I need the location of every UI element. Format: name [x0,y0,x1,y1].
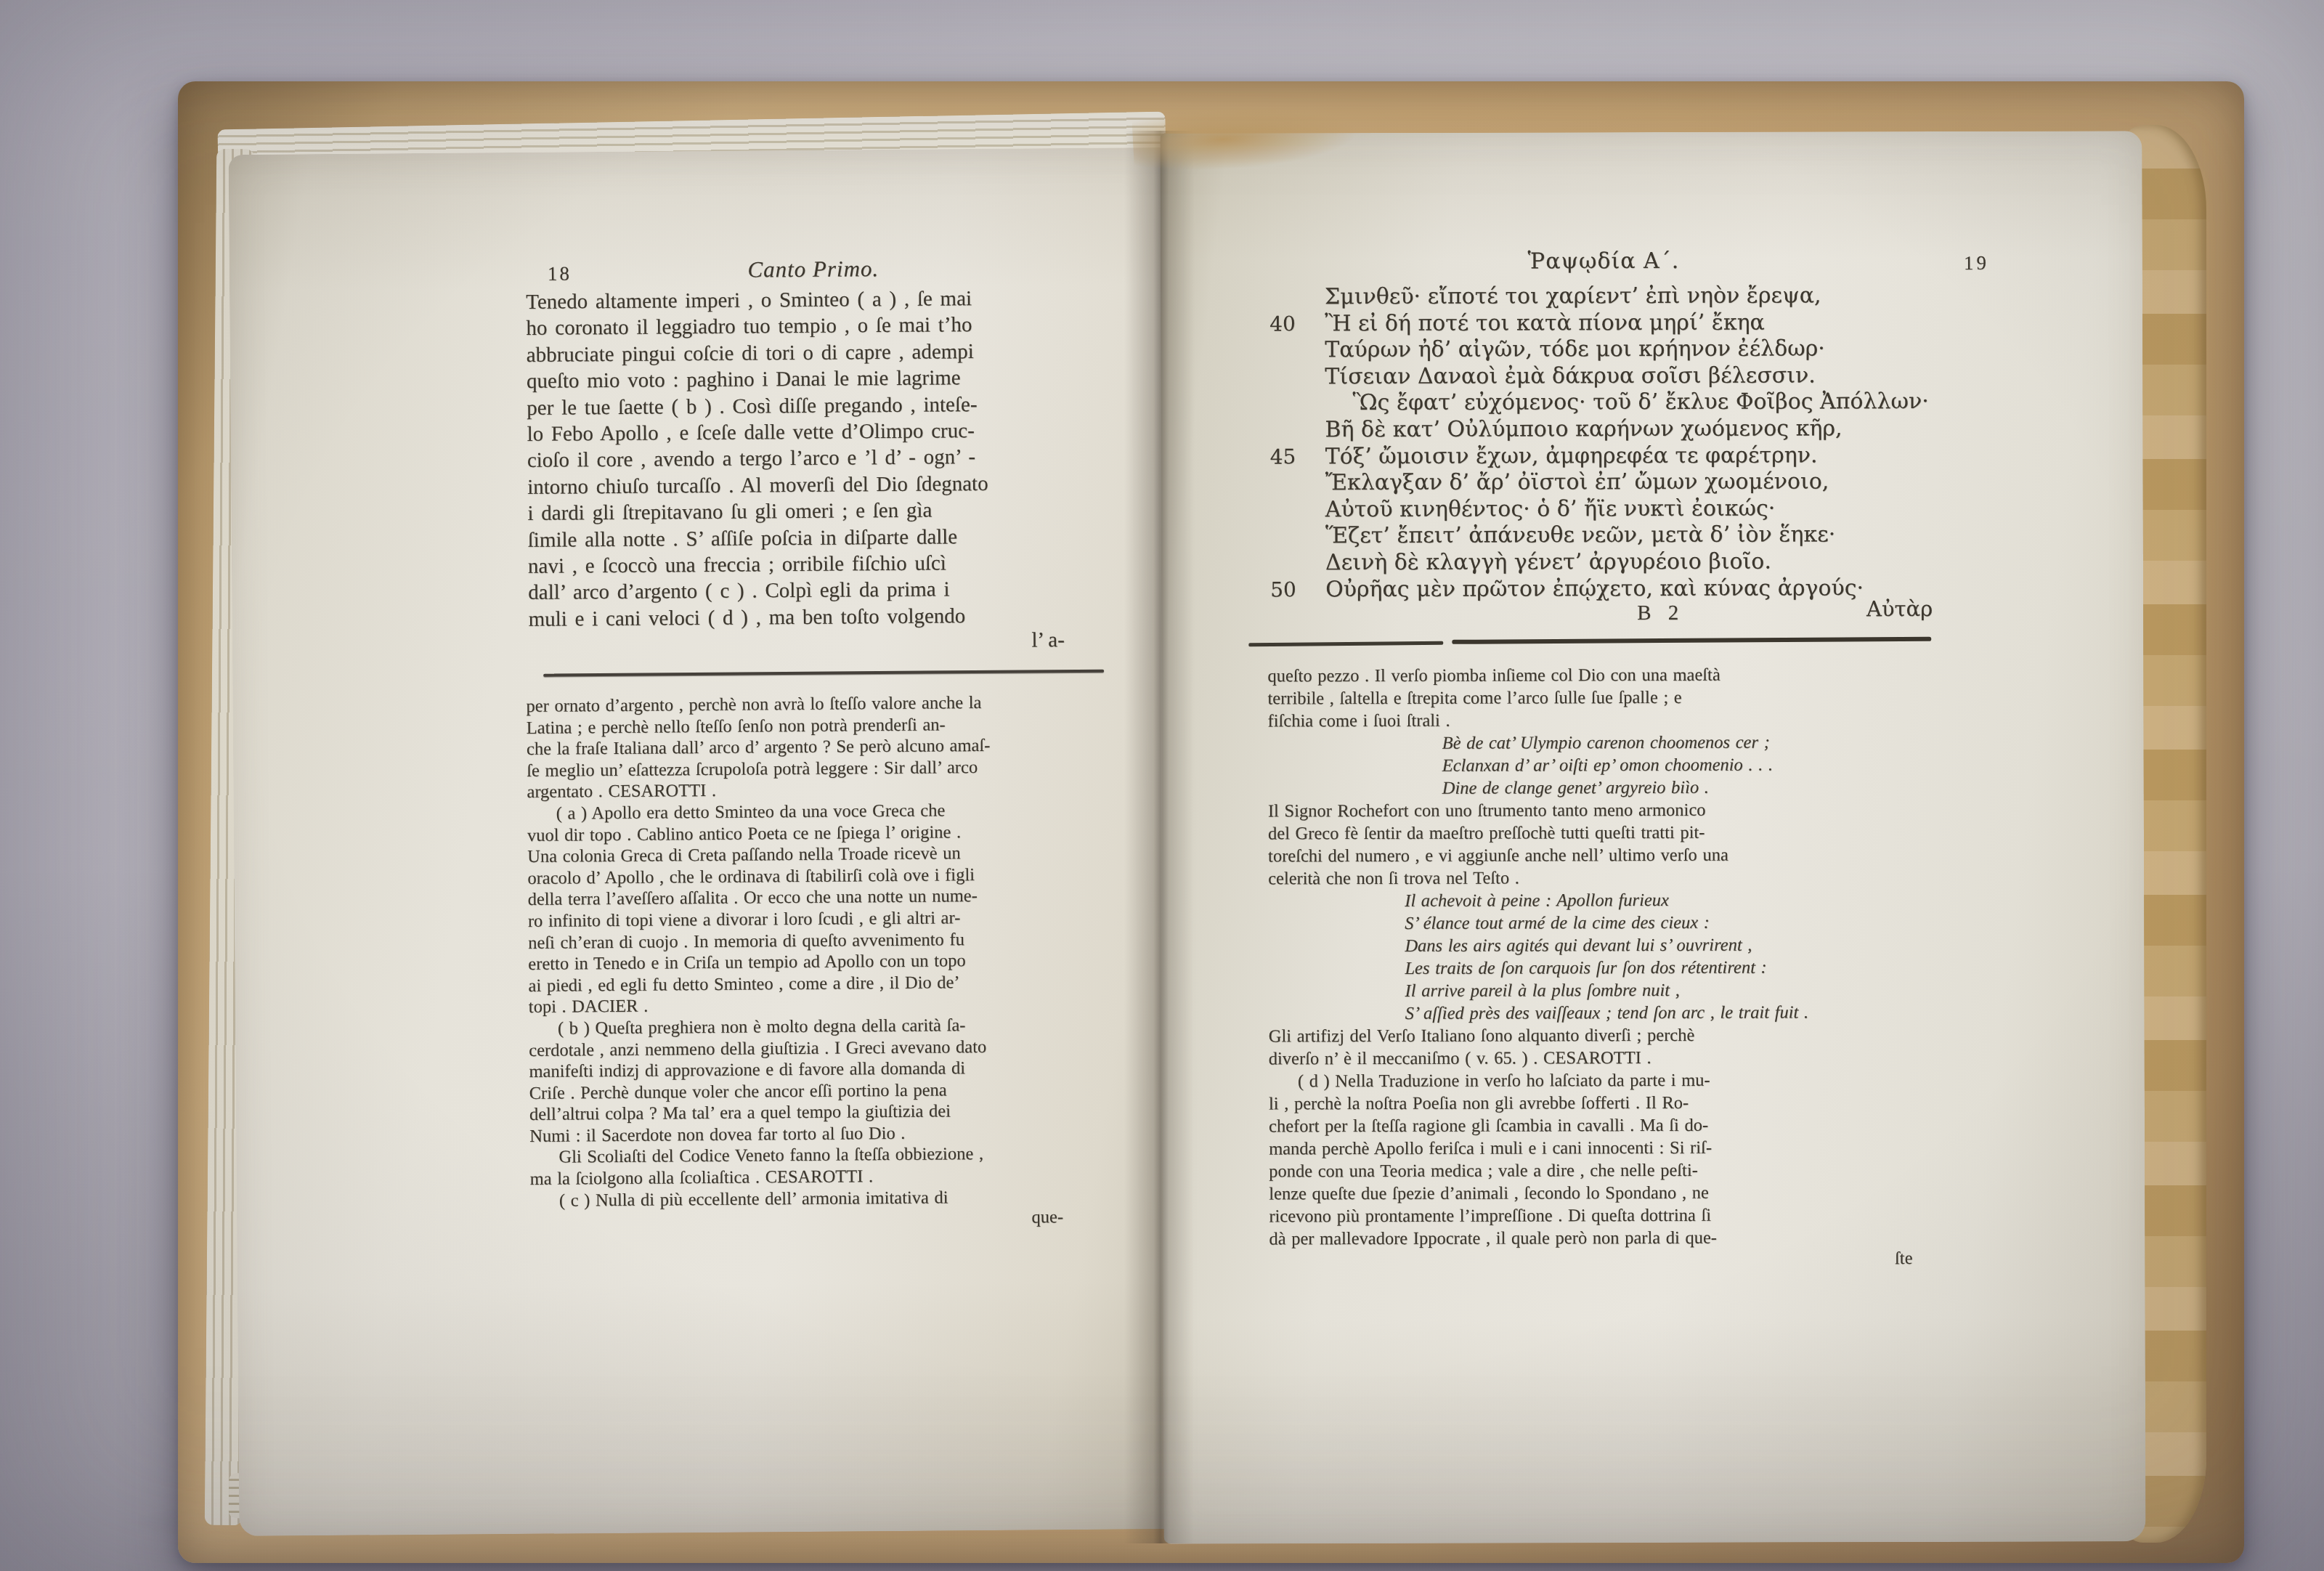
right-footnote-rule-left [1248,641,1443,647]
text-line: Il achevoit à peine : Apollon furieux [1268,888,1943,912]
text-line: ricevono più prontamente l’impreſſione .… [1269,1203,1944,1227]
text-line: chefort per la ſteſſa ragione gli ſcambi… [1269,1113,1944,1137]
text-line: Il arrive pareil à la plus ſombre nuit , [1269,978,1944,1002]
left-body-catchword: l’ a- [529,628,1107,657]
verse-text: Ὣς ἔφατ’ εὐχόμενος· τοῦ δ’ ἔκλυε Φοῖβος … [1325,389,1945,417]
text-line: queſto mio voto : paghino i Danai le mie… [527,364,1108,395]
text-line: terribile , ſaltella e ſtrepita come l’a… [1267,686,1943,710]
text-line: Tenedo altamente imperi , o Sminteo ( a … [526,285,1107,316]
text-line: Eclanxan d’ ar’ oiſti ep’ omon choomenio… [1268,753,1943,777]
text-line: Gli artifizj del Verſo Italiano ſono alq… [1269,1023,1944,1047]
verse-text: Ἕζετ’ ἔπειτ’ ἀπάνευθε νεῶν, μετὰ δ’ ἰὸν … [1325,521,1946,550]
text-line: Bè de cat’ Ulympio carenon choomenos cer… [1268,731,1943,755]
text-line: fiſchia come i ſuoi ſtrali . [1268,708,1943,732]
text-line: intorno chiuſo turcaſſo . Al moverſi del… [527,469,1108,500]
verse-line: Ἔκλαγξαν δ’ ἄρ’ ὀϊστοὶ ἐπ’ ὤμων χωομένοι… [1270,468,1946,497]
text-line: Il Signor Rochefort con uno ſtrumento ta… [1268,798,1943,822]
left-footnote-catchword: que- [530,1207,1111,1232]
text-line: dall’ arco d’argento ( c ) . Colpì egli … [528,575,1109,606]
verse-text: Ἢ εἰ δή ποτέ τοι κατὰ πίονα μηρί’ ἔκηα [1325,309,1945,338]
photo-of-open-book: 18 Canto Primo. Tenedo altamente imperi … [0,0,2324,1571]
verse-line: Ταύρων ἠδ’ αἰγῶν, τόδε μοι κρήηνον ἐέλδω… [1269,336,1945,364]
left-footnotes: per ornato d’argento , perchè non avrà l… [526,691,1114,1212]
verse-number [1270,524,1325,551]
verse-line: Τίσειαν Δαναοὶ ἐμὰ δάκρυα σοῖσι βέλεσσιν… [1269,362,1945,391]
verse-line: 40Ἢ εἰ δή ποτέ τοι κατὰ πίονα μηρί’ ἔκηα [1269,309,1945,338]
text-line: Dine de clange genet’ argyreio biìo . [1268,776,1943,800]
text-line: navi , e ſcoccò una freccia ; orribile f… [528,549,1109,580]
right-footnotes: queſto pezzo . Il verſo piomba inſieme c… [1267,663,1944,1250]
text-line: cioſo il core , avendo a tergo l’arco e … [527,443,1108,474]
verse-number [1269,391,1325,418]
verse-number [1269,337,1325,364]
left-running-title: Canto Primo. [526,254,1101,285]
verse-text: Τόξ’ ὤμοισιν ἔχων, ἀμφηρεφέα τε φαρέτρην… [1325,442,1946,471]
verse-line: Αὐτοῦ κινηθέντος· ὁ δ’ ἤϊε νυκτὶ ἐοικώς· [1270,495,1946,524]
verse-number [1269,417,1325,444]
right-footnote-rule-right [1452,637,1931,644]
tan-stain-top-gutter [1131,102,1360,174]
verse-number: 45 [1270,444,1325,471]
text-line: abbruciate pingui coſcie di tori o di ca… [527,337,1108,368]
verse-number [1270,550,1325,577]
verse-line: Δεινὴ δὲ κλαγγὴ γένετ’ ἀργυρέοιο βιοῖο. [1270,548,1946,577]
right-catchword: Αὐτὰρ [1270,596,1938,622]
text-line: Dans les airs agités qui devant lui s’ o… [1268,933,1943,957]
verse-text: Βῆ δὲ κατ’ Οὐλύμποιο καρήνων χωόμενος κῆ… [1325,415,1945,444]
text-line: li , perchè la noſtra Poeſia non gli avr… [1269,1091,1944,1115]
left-page: 18 Canto Primo. Tenedo altamente imperi … [229,147,1177,1536]
verse-text: Ἔκλαγξαν δ’ ἄρ’ ὀϊστοὶ ἐπ’ ὤμων χωομένοι… [1325,468,1946,497]
right-running-title: Ῥαψῳδία Α´. [1269,248,1938,275]
text-line: per le tue ſaette ( b ) . Così diſſe pre… [527,390,1108,421]
text-line: ſimile alla notte . S’ aſſiſe poſcia in … [528,522,1109,553]
text-line: i dardi gli ſtrepitavano ſu gli omeri ; … [527,496,1108,527]
verse-line: 45Τόξ’ ὤμοισιν ἔχων, ἀμφηρεφέα τε φαρέτρ… [1270,442,1946,471]
verse-number [1269,364,1325,391]
verse-line: Βῆ δὲ κατ’ Οὐλύμποιο καρήνων χωόμενος κῆ… [1269,415,1945,444]
left-footnote-rule [543,670,1104,677]
greek-verses: Σμινθεῦ· εἴποτέ τοι χαρίεντ’ ἐπὶ νηὸν ἔρ… [1269,283,1946,604]
text-line: dà per mallevadore Ippocrate , il quale … [1269,1226,1944,1250]
verse-text: Δεινὴ δὲ κλαγγὴ γένετ’ ἀργυρέοιο βιοῖο. [1325,548,1946,577]
verse-number [1269,284,1325,311]
verse-number: 40 [1269,311,1325,338]
verse-text: Αὐτοῦ κινηθέντος· ὁ δ’ ἤϊε νυκτὶ ἐοικώς· [1325,495,1946,524]
verse-line: Ὣς ἔφατ’ εὐχόμενος· τοῦ δ’ ἔκλυε Φοῖβος … [1269,389,1945,417]
verse-text: Τίσειαν Δαναοὶ ἐμὰ δάκρυα σοῖσι βέλεσσιν… [1325,362,1945,391]
text-line: ( d ) Nella Traduzione in verſo ho laſci… [1269,1068,1944,1092]
text-line: S’ aſſied près des vaiſſeaux ; tend ſon … [1269,1001,1944,1025]
text-line: queſto pezzo . Il verſo piomba inſieme c… [1267,663,1943,687]
text-line: manda perchè Apollo feriſca i muli e i c… [1269,1136,1944,1160]
verse-text: Ταύρων ἠδ’ αἰγῶν, τόδε μοι κρήηνον ἐέλδω… [1325,336,1945,364]
text-line: diverſo n’ è il meccaniſmo ( v. 65. ) . … [1269,1046,1944,1070]
verse-number [1270,497,1325,524]
text-line: lenze queſte due ſpezie d’animali , ſeco… [1269,1181,1944,1205]
text-line: Les traits de ſon carquois ſur ſon dos r… [1268,956,1943,980]
text-line: ponde con una Teoria medica ; vale a dir… [1269,1158,1944,1182]
left-body-text: Tenedo altamente imperi , o Sminteo ( a … [526,285,1110,633]
text-line: toreſchi del numero , e vi aggiunſe anch… [1268,843,1943,867]
text-line: ho coronato il leggiadro tuo tempio , o … [526,311,1107,342]
verse-line: Σμινθεῦ· εἴποτέ τοι χαρίεντ’ ἐπὶ νηὸν ἔρ… [1269,283,1945,311]
gutter-shadow [1124,131,1194,1543]
text-line: S’ élance tout armé de la cime des cieux… [1268,911,1943,935]
verse-text: Σμινθεῦ· εἴποτέ τοι χαρίεντ’ ἐπὶ νηὸν ἔρ… [1325,283,1945,311]
text-line: lo Febo Apollo , e ſceſe dalle vette d’O… [527,417,1108,448]
verse-line: Ἕζετ’ ἔπειτ’ ἀπάνευθε νεῶν, μετὰ δ’ ἰὸν … [1270,521,1946,550]
right-footnote-catchword: ſte [1269,1249,1940,1270]
right-page: Ῥαψῳδία Α´. 19 Σμινθεῦ· εἴποτέ τοι χαρίε… [1160,131,2145,1544]
text-line: celerità che non ſi trova nel Teſto . [1268,866,1943,890]
verse-number [1270,470,1325,497]
right-page-number: 19 [1964,252,1989,275]
text-line: del Greco fè ſentir da maeſtro preſſochè… [1268,821,1943,845]
